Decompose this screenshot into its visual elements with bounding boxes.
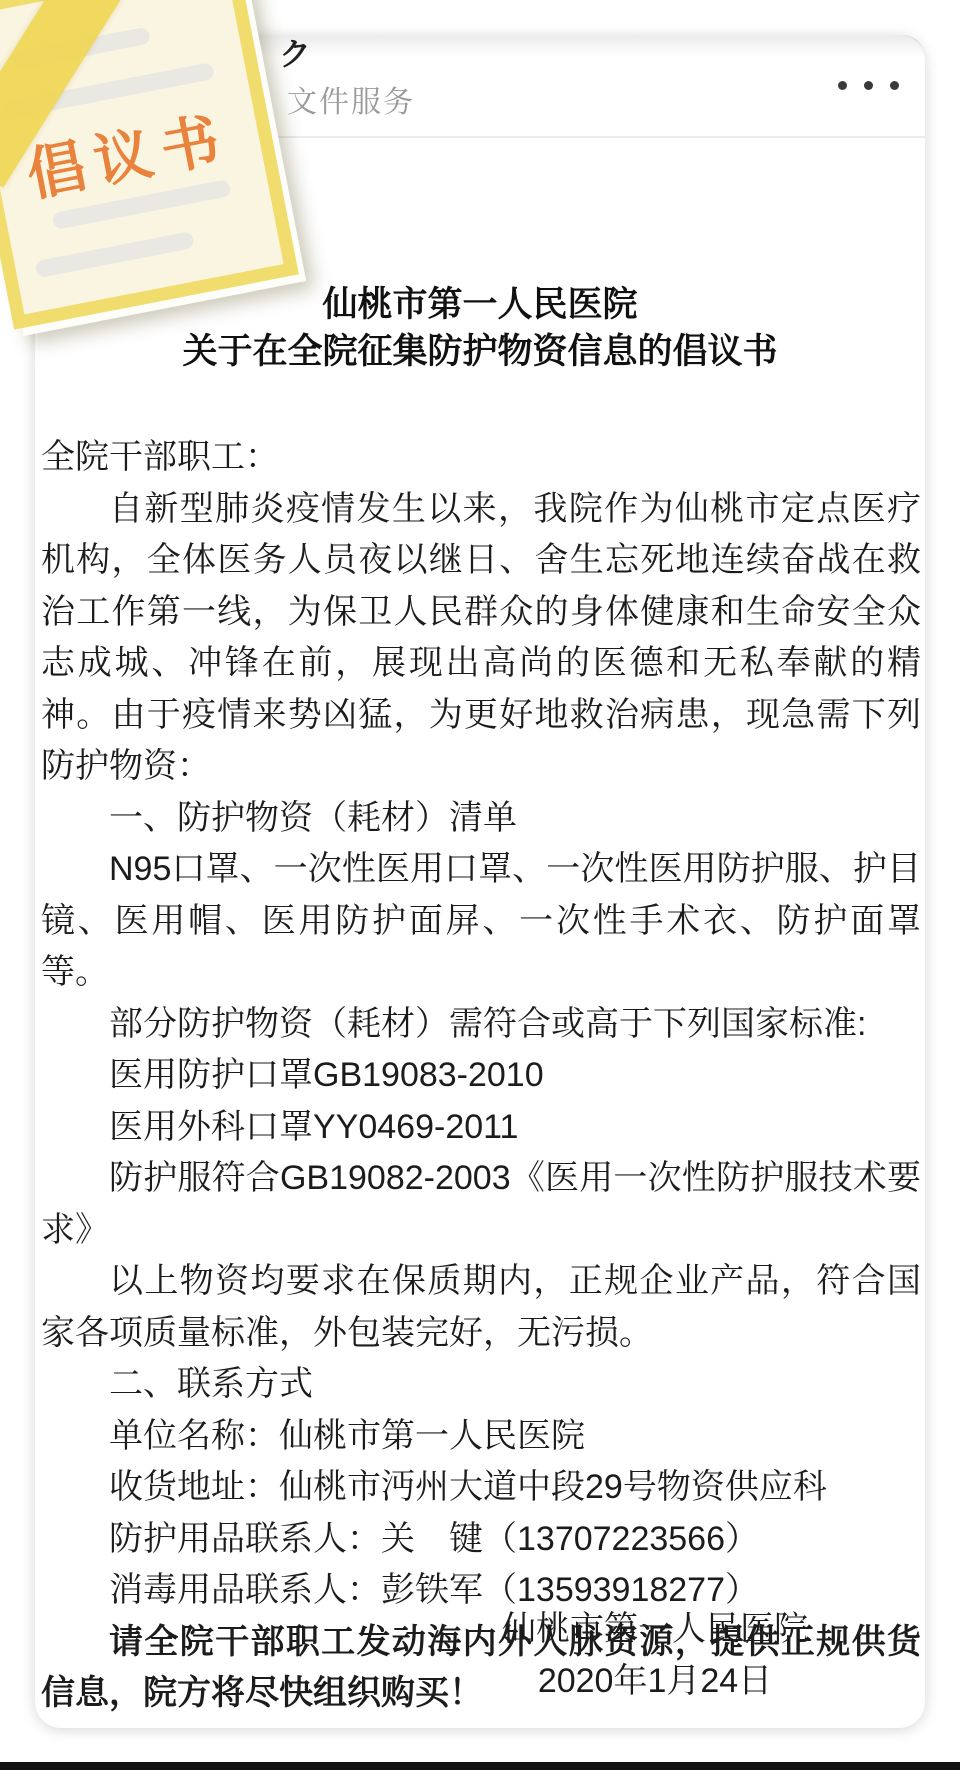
signature-date: 2020年1月24日 [415,1655,895,1707]
menu-dot [864,81,873,90]
doc-paragraph: 以上物资均要求在保质期内，正规企业产品，符合国家各项质量标准，外包装完好，无污损… [41,1256,921,1359]
salutation: 全院干部职工： [41,432,921,484]
doc-paragraph: 单位名称：仙桃市第一人民医院 [41,1411,921,1463]
doc-paragraph: 二、联系方式 [41,1359,921,1411]
doc-paragraph: 防护用品联系人：关 键（13707223566） [41,1514,921,1566]
menu-dot [890,81,899,90]
doc-paragraph: 部分防护物资（耗材）需符合或高于下列国家标准: [41,999,921,1051]
document-body: 全院干部职工： 自新型肺炎疫情发生以来，我院作为仙桃市定点医疗机构，全体医务人员… [41,432,921,1720]
signature-org: 仙桃市第一人民医院 [415,1603,895,1655]
doc-paragraph: 医用外科口罩YY0469-2011 [41,1102,921,1154]
doc-paragraph: 医用防护口罩GB19083-2010 [41,1050,921,1102]
bottom-edge-bar [0,1762,960,1770]
doc-paragraph: N95口罩、一次性医用口罩、一次性医用防护服、护目镜、医用帽、医用防护面屏、一次… [41,844,921,999]
partially-hidden-logo-glyph: ク [279,29,311,75]
doc-paragraph: 一、防护物资（耗材）清单 [41,793,921,845]
doc-paragraph: 收货地址：仙桃市沔州大道中段29号物资供应科 [41,1462,921,1514]
document-title-line2: 关于在全院征集防护物资信息的倡议书 [35,328,925,375]
signature-block: 仙桃市第一人民医院 2020年1月24日 [415,1603,895,1707]
menu-dot [838,81,847,90]
more-menu-icon[interactable] [838,81,899,90]
file-service-label: 文件服务 [287,77,415,121]
doc-paragraph: 自新型肺炎疫情发生以来，我院作为仙桃市定点医疗机构，全体医务人员夜以继日、舍生忘… [41,484,921,793]
doc-paragraph: 防护服符合GB19082-2003《医用一次性防护服技术要求》 [41,1153,921,1256]
note-placeholder-line [35,231,195,278]
